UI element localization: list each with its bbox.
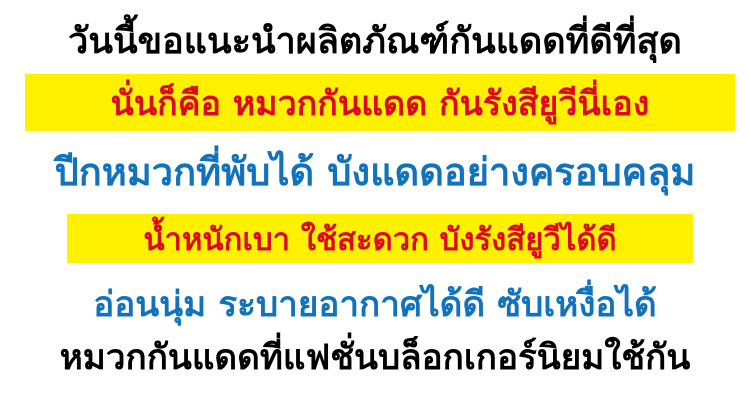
promo-banner-canvas: วันนี้ขอแนะนำผลิตภัณฑ์กันแดดที่ดีที่สุด … <box>0 0 750 415</box>
headline-bottom: หมวกกันแดดที่แฟชั่นบล็อกเกอร์นิยมใช้กัน <box>0 333 750 383</box>
highlight-banner-2: น้ำหนักเบา ใช้สะดวก บังรังสียูวีได้ดี <box>67 214 693 263</box>
highlight-banner-1: นั่นก็คือ หมวกกันแดด กันรังสียูวีนี่เอง <box>25 74 735 131</box>
highlight-banner-1-text: นั่นก็คือ หมวกกันแดด กันรังสียูวีนี่เอง <box>111 76 650 130</box>
feature-line-1: ปีกหมวกที่พับได้ บังแดดอย่างครอบคลุม <box>0 146 750 198</box>
feature-line-2: อ่อนนุ่ม ระบายอากาศได้ดี ซับเหงื่อได้ <box>0 280 750 330</box>
highlight-banner-2-text: น้ำหนักเบา ใช้สะดวก บังรังสียูวีได้ดี <box>143 214 616 264</box>
headline-top: วันนี้ขอแนะนำผลิตภัณฑ์กันแดดที่ดีที่สุด <box>0 16 750 68</box>
